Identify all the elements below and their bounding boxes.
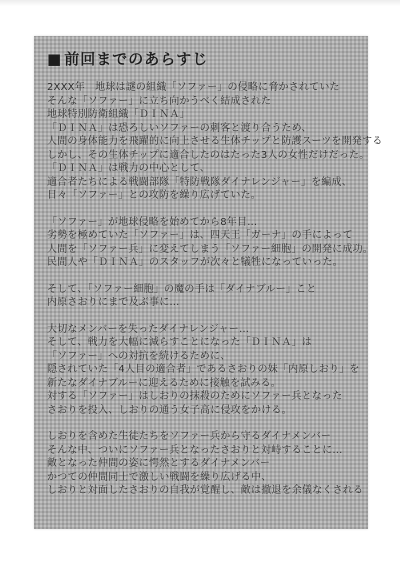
text-line: しおりを含めた生徒たちをソファー兵から守るダイナメンバー xyxy=(47,430,360,444)
text-line: そして、戦力を大幅に減らすことになった「ＤＩＮＡ」は xyxy=(47,336,360,350)
text-line: そんな「ソファー」に立ち向かうべく結成された xyxy=(47,95,360,109)
synopsis-panel: ■前回までのあらすじ 2XXX年 地球は謎の組織「ソファー」の侵略に脅かされてい… xyxy=(34,36,368,529)
text-line: さおりを投入、しおりの通う女子高に侵攻をかける。 xyxy=(47,404,360,418)
text-line: しかし、その生体チップに適合したのはたった3人の女性だけだった。 xyxy=(47,149,360,163)
paragraph: 2XXX年 地球は謎の組織「ソファー」の侵略に脅かされていたそんな「ソファー」に… xyxy=(47,81,360,203)
text-line: 劣勢を極めていた「ソファー」は、四天王「ガーナ」の手によって xyxy=(47,229,360,243)
text-line: かつての仲間同士で激しい戦闘を繰り広げる中、 xyxy=(47,471,360,485)
paragraph: そして、「ソファー細胞」の魔の手は「ダイナブルー」こと内原さおりにまで及ぶ事に… xyxy=(47,283,360,310)
text-line: 「ソファー」への対抗を続けるために、 xyxy=(47,350,360,364)
synopsis-paragraphs: 2XXX年 地球は謎の組織「ソファー」の侵略に脅かされていたそんな「ソファー」に… xyxy=(42,81,360,498)
square-bullet-icon: ■ xyxy=(47,50,62,68)
text-line: 適合者たちによる戦闘部隊「特防戦隊ダイナレンジャー」を編成、 xyxy=(47,176,360,190)
text-line: 敵となった仲間の姿に愕然とするダイナメンバー xyxy=(47,457,360,471)
text-line: 「ソファー」が地球侵略を始めてから8年目… xyxy=(47,216,360,230)
text-line: 大切なメンバーを失ったダイナレンジャー… xyxy=(47,323,360,337)
text-line: そんな中、ついにソファー兵となったさおりと対峙することに… xyxy=(47,444,360,458)
text-line: 日々「ソファー」との攻防を繰り広げていた。 xyxy=(47,189,360,203)
text-line: 「ＤＩＮＡ」は戦力の中心として、 xyxy=(47,162,360,176)
text-line: しおりと対面したさおりの自我が覚醒し、敵は撤退を余儀なくされる xyxy=(47,484,360,498)
text-line: そして、「ソファー細胞」の魔の手は「ダイナブルー」こと xyxy=(47,283,360,297)
text-line: 2XXX年 地球は謎の組織「ソファー」の侵略に脅かされていた xyxy=(47,81,360,95)
text-line: 人間を「ソファー兵」に変えてしまう「ソファー細胞」の開発に成功。 xyxy=(47,243,360,257)
text-line: 人間の身体能力を飛躍的に向上させる生体チップと防護スーツを開発する xyxy=(47,135,360,149)
paragraph: 「ソファー」が地球侵略を始めてから8年目…劣勢を極めていた「ソファー」は、四天王… xyxy=(47,216,360,270)
paragraph: しおりを含めた生徒たちをソファー兵から守るダイナメンバーそんな中、ついにソファー… xyxy=(47,430,360,498)
text-line: 内原さおりにまで及ぶ事に… xyxy=(47,296,360,310)
page-title: ■前回までのあらすじ xyxy=(47,48,360,69)
text-line: 対する「ソファー」はしおりの抹殺のためにソファー兵となった xyxy=(47,390,360,404)
text-line: 民間人や「ＤＩＮＡ」のスタッフが次々と犠牲になっていった。 xyxy=(47,256,360,270)
text-line: 「ＤＩＮＡ」は恐ろしいソファーの刺客と渡り合うため、 xyxy=(47,122,360,136)
text-line: 隠されていた「4人目の適合者」であるさおりの妹「内原しおり」を xyxy=(47,363,360,377)
text-line: 新たなダイナブルーに迎えるために接触を試みる。 xyxy=(47,377,360,391)
text-line: 地球特別防衛組織「ＤＩＮＡ」 xyxy=(47,108,360,122)
page-title-text: 前回までのあらすじ xyxy=(64,50,208,68)
paragraph: 大切なメンバーを失ったダイナレンジャー…そして、戦力を大幅に減らすことになった「… xyxy=(47,323,360,418)
